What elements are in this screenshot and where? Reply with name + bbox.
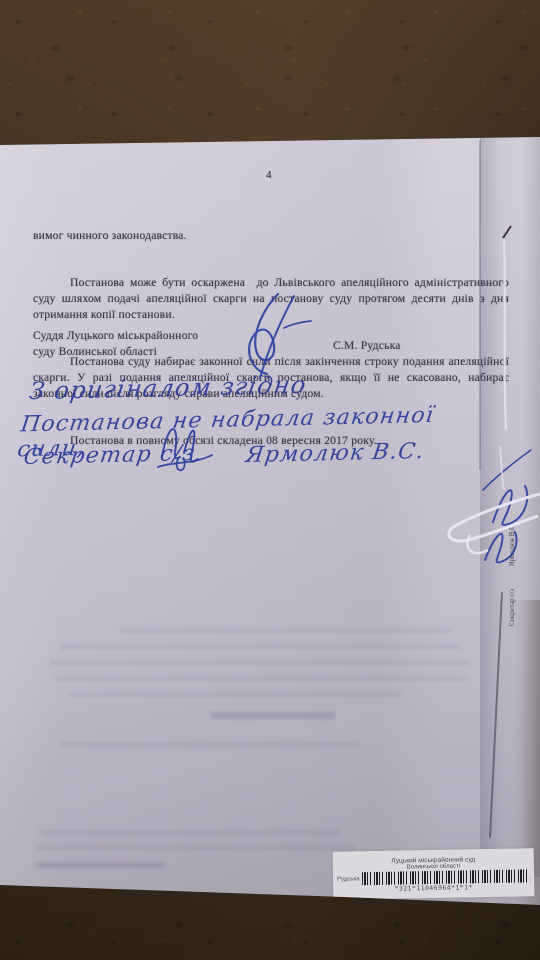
ghost-text-line — [55, 676, 465, 681]
ghost-text-line — [120, 628, 450, 633]
ghost-heading — [210, 712, 335, 719]
ghost-text-line — [50, 660, 470, 665]
label-clerk-text: Рудська — [337, 876, 360, 882]
ghost-text-line — [60, 742, 360, 747]
ghost-text-line — [35, 862, 165, 868]
judge-title-line2: суду Волинської області — [33, 344, 198, 360]
ghost-text-line — [70, 692, 400, 697]
handwriting-clerk-name: Ярмолюк В.С. — [244, 439, 426, 468]
ghost-text-line — [35, 845, 355, 850]
photographed-court-document: 4 вимог чинного законодавства. Постанова… — [0, 0, 540, 960]
ghost-text-line — [60, 644, 460, 649]
clerk-signature-ink — [148, 413, 226, 477]
judge-title: Суддя Луцького міськрайонного суду Волин… — [33, 328, 198, 360]
judge-name: С.М. Рудська — [333, 339, 401, 352]
page-number: 4 — [266, 169, 272, 181]
barcode-label: Луцький міськрайонний суд Волинської обл… — [333, 848, 535, 900]
ghost-text-line — [40, 830, 340, 835]
binding-thread — [430, 210, 540, 730]
judge-signature-ink — [218, 288, 314, 382]
judge-title-line1: Суддя Луцького міськрайонного — [33, 328, 198, 344]
